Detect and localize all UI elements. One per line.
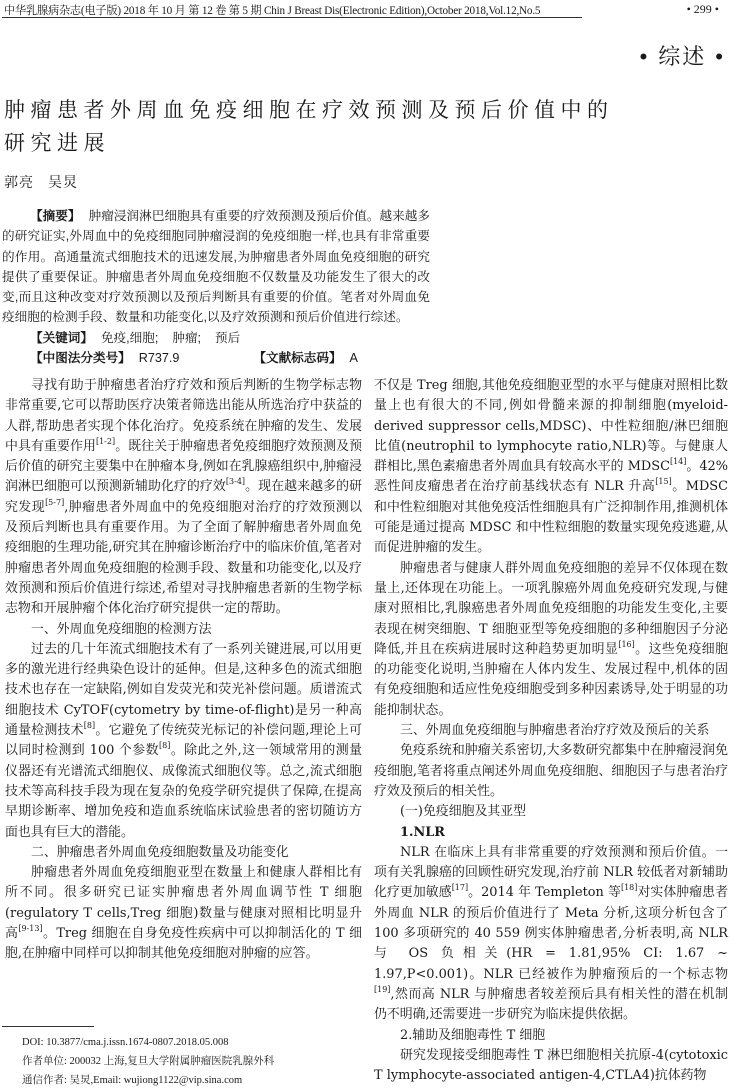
- body-paragraph: 肿瘤患者外周血免疫细胞亚型在数量上和健康人群相比有所不同。很多研究已证实肿瘤患者…: [5, 863, 362, 964]
- author-name: 吴炅: [48, 175, 78, 191]
- citation[interactable]: [5-7]: [45, 498, 64, 507]
- keyword: 预后: [198, 331, 241, 345]
- citation[interactable]: [17]: [452, 883, 468, 892]
- citation[interactable]: [16]: [618, 640, 634, 649]
- body-paragraph: NLR 在临床上具有非常重要的疗效预测和预后价值。一项有关乳腺癌的回顾性研究发现…: [374, 843, 728, 1026]
- keyword: 免疫,细胞: [101, 331, 155, 345]
- page-number: • 299 •: [687, 2, 719, 17]
- doc-code-label: 【文献标志码】: [253, 351, 341, 365]
- keywords-label: 【关键词】: [30, 331, 93, 345]
- abstract-label: 【摘要】: [30, 209, 81, 223]
- title-line-2: 研究进展: [4, 127, 704, 160]
- subsubsection-heading: 1.NLR: [374, 823, 728, 843]
- citation[interactable]: [19]: [374, 985, 390, 994]
- citation[interactable]: [3-4]: [226, 477, 245, 486]
- citation[interactable]: [1-2]: [96, 437, 115, 446]
- title-line-1: 肿瘤患者外周血免疫细胞在疗效预测及预后价值中的: [4, 94, 704, 127]
- abstract-block: 【摘要】肿瘤浸润淋巴细胞具有重要的疗效预测及预后价值。越来越多的研究证实,外周血…: [2, 206, 430, 368]
- body-paragraph: 寻找有助于肿瘤患者治疗疗效和预后判断的生物学标志物非常重要,它可以帮助医疗决策者…: [5, 376, 362, 620]
- body-paragraph: 免疫系统和肿瘤关系密切,大多数研究都集中在肿瘤浸润免疫细胞,笔者将重点阐述外周血…: [374, 741, 728, 802]
- body-paragraph: 过去的几十年流式细胞技术有了一系列关键进展,可以用更多的激光进行经典染色设计的延…: [5, 640, 362, 843]
- journal-citation-line: 中华乳腺病杂志(电子版) 2018 年 10 月 第 12 卷 第 5 期 Ch…: [4, 2, 540, 18]
- keyword: 肿瘤: [155, 331, 198, 345]
- body-column-right: 不仅是 Treg 细胞,其他免疫细胞亚型的水平与健康对照相比数量上也有很大的不同…: [374, 376, 728, 1086]
- footnotes: DOI: 10.3877/cma.j.issn.1674-0807.2018.0…: [22, 1033, 274, 1090]
- citation[interactable]: [8]: [159, 741, 170, 750]
- citation[interactable]: [8]: [84, 721, 95, 730]
- citation[interactable]: [9-13]: [18, 924, 42, 933]
- abstract-text: 肿瘤浸润淋巴细胞具有重要的疗效预测及预后价值。越来越多的研究证实,外周血中的免疫…: [2, 209, 430, 324]
- subsubsection-heading: 2.辅助及细胞毒性 T 细胞: [374, 1026, 728, 1046]
- abstract-paragraph: 【摘要】肿瘤浸润淋巴细胞具有重要的疗效预测及预后价值。越来越多的研究证实,外周血…: [2, 206, 430, 328]
- clc-value: R737.9: [139, 351, 180, 365]
- running-header: 中华乳腺病杂志(电子版) 2018 年 10 月 第 12 卷 第 5 期 Ch…: [0, 2, 731, 22]
- footnote-rule: [2, 1026, 94, 1027]
- section-heading: 一、外周血免疫细胞的检测方法: [5, 620, 362, 640]
- subsection-heading: (一)免疫细胞及其亚型: [374, 802, 728, 822]
- doi-line[interactable]: DOI: 10.3877/cma.j.issn.1674-0807.2018.0…: [22, 1033, 274, 1052]
- doc-code-value: A: [350, 351, 358, 365]
- keywords-row: 【关键词】免疫,细胞肿瘤预后: [2, 328, 430, 348]
- corresponding-author-line[interactable]: 通信作者: 吴炅,Email: wujiong1122@vip.sina.com: [22, 1071, 274, 1090]
- clc-label: 【中图法分类号】: [30, 351, 131, 365]
- affiliation-line: 作者单位: 200032 上海,复旦大学附属肿瘤医院乳腺外科: [22, 1052, 274, 1071]
- header-rule: [2, 17, 582, 18]
- body-paragraph: 不仅是 Treg 细胞,其他免疫细胞亚型的水平与健康对照相比数量上也有很大的不同…: [374, 376, 728, 559]
- section-tag: • 综述 •: [640, 40, 725, 71]
- article-title: 肿瘤患者外周血免疫细胞在疗效预测及预后价值中的 研究进展: [4, 94, 704, 160]
- classification-row: 【中图法分类号】R737.9【文献标志码】A: [2, 348, 430, 368]
- citation[interactable]: [18]: [621, 883, 637, 892]
- body-paragraph: 肿瘤患者与健康人群外周血免疫细胞的差异不仅体现在数量上,还体现在功能上。一项乳腺…: [374, 559, 728, 721]
- citation[interactable]: [15]: [655, 477, 671, 486]
- section-heading: 二、肿瘤患者外周血免疫细胞数量及功能变化: [5, 843, 362, 863]
- author-list: 郭亮吴炅: [4, 172, 78, 192]
- section-heading: 三、外周血免疫细胞与肿瘤患者治疗疗效及预后的关系: [374, 721, 728, 741]
- author-name: 郭亮: [4, 175, 34, 191]
- citation[interactable]: [14]: [670, 457, 686, 466]
- body-column-left: 寻找有助于肿瘤患者治疗疗效和预后判断的生物学标志物非常重要,它可以帮助医疗决策者…: [5, 376, 362, 965]
- body-paragraph: 研究发现接受细胞毒性 T 淋巴细胞相关抗原-4(cytotoxic T lymp…: [374, 1046, 728, 1087]
